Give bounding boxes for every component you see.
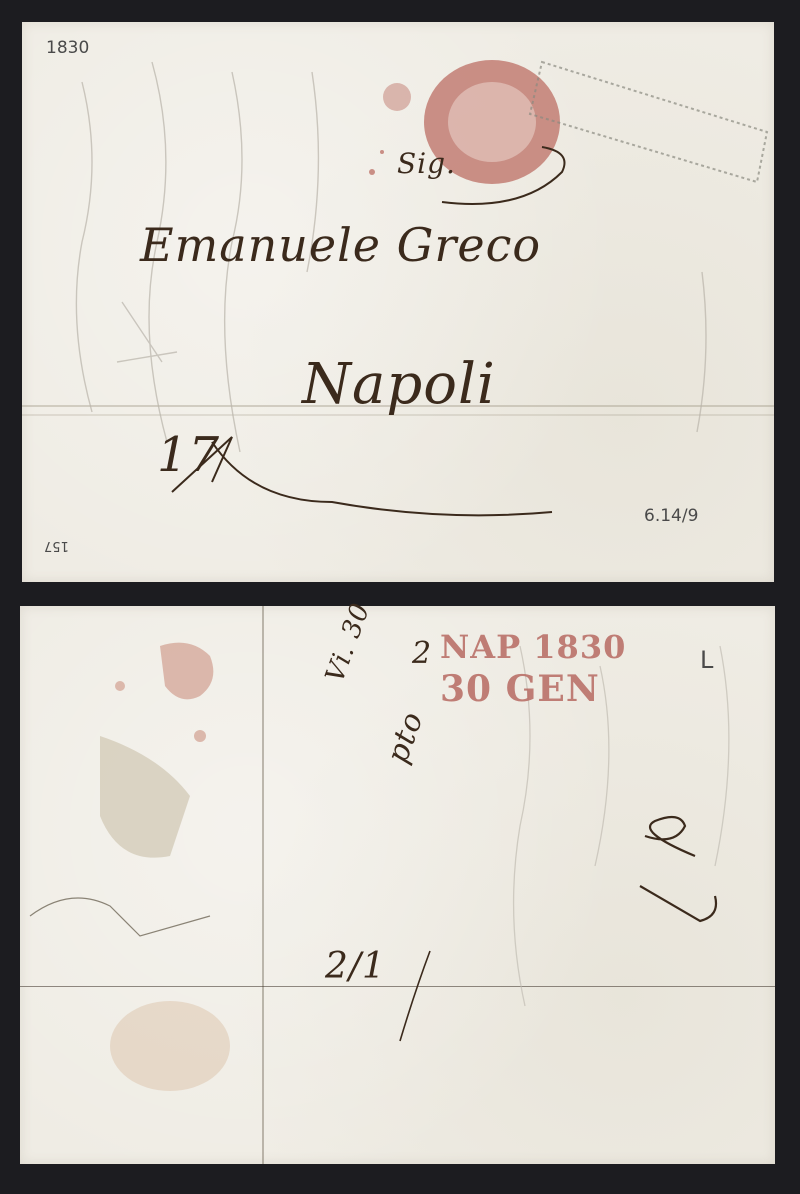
pencil-corner-note: 157 [44, 538, 69, 553]
pencil-letter: L [700, 646, 713, 674]
addressee-name: Emanuele Greco [140, 218, 541, 272]
letter-back: NAP 1830 30 GEN Vi. 30 2 pto L 2/1 [20, 606, 775, 1164]
destination-city: Napoli [302, 352, 496, 417]
pencil-catalog-note: 6.14/9 [644, 506, 698, 526]
rate-mark: 17 [157, 427, 220, 483]
letter-front: 1830 6.14/9 157 Sig. Emanuele Greco Napo… [22, 22, 774, 582]
bottom-mark: 2/1 [325, 946, 386, 987]
docket-number: 2 [412, 636, 432, 671]
manuscript-rate-icon [640, 817, 716, 921]
boxed-cachet-icon [530, 62, 767, 182]
arrival-datestamp-line2: 30 GEN [440, 668, 600, 710]
salutation: Sig. [397, 147, 456, 180]
wax-seal-remnant-icon [115, 643, 213, 742]
pencil-year: 1830 [46, 38, 89, 58]
back-markings [20, 606, 775, 1164]
arrival-datestamp-line1: NAP 1830 [440, 628, 626, 666]
front-markings [22, 22, 774, 582]
